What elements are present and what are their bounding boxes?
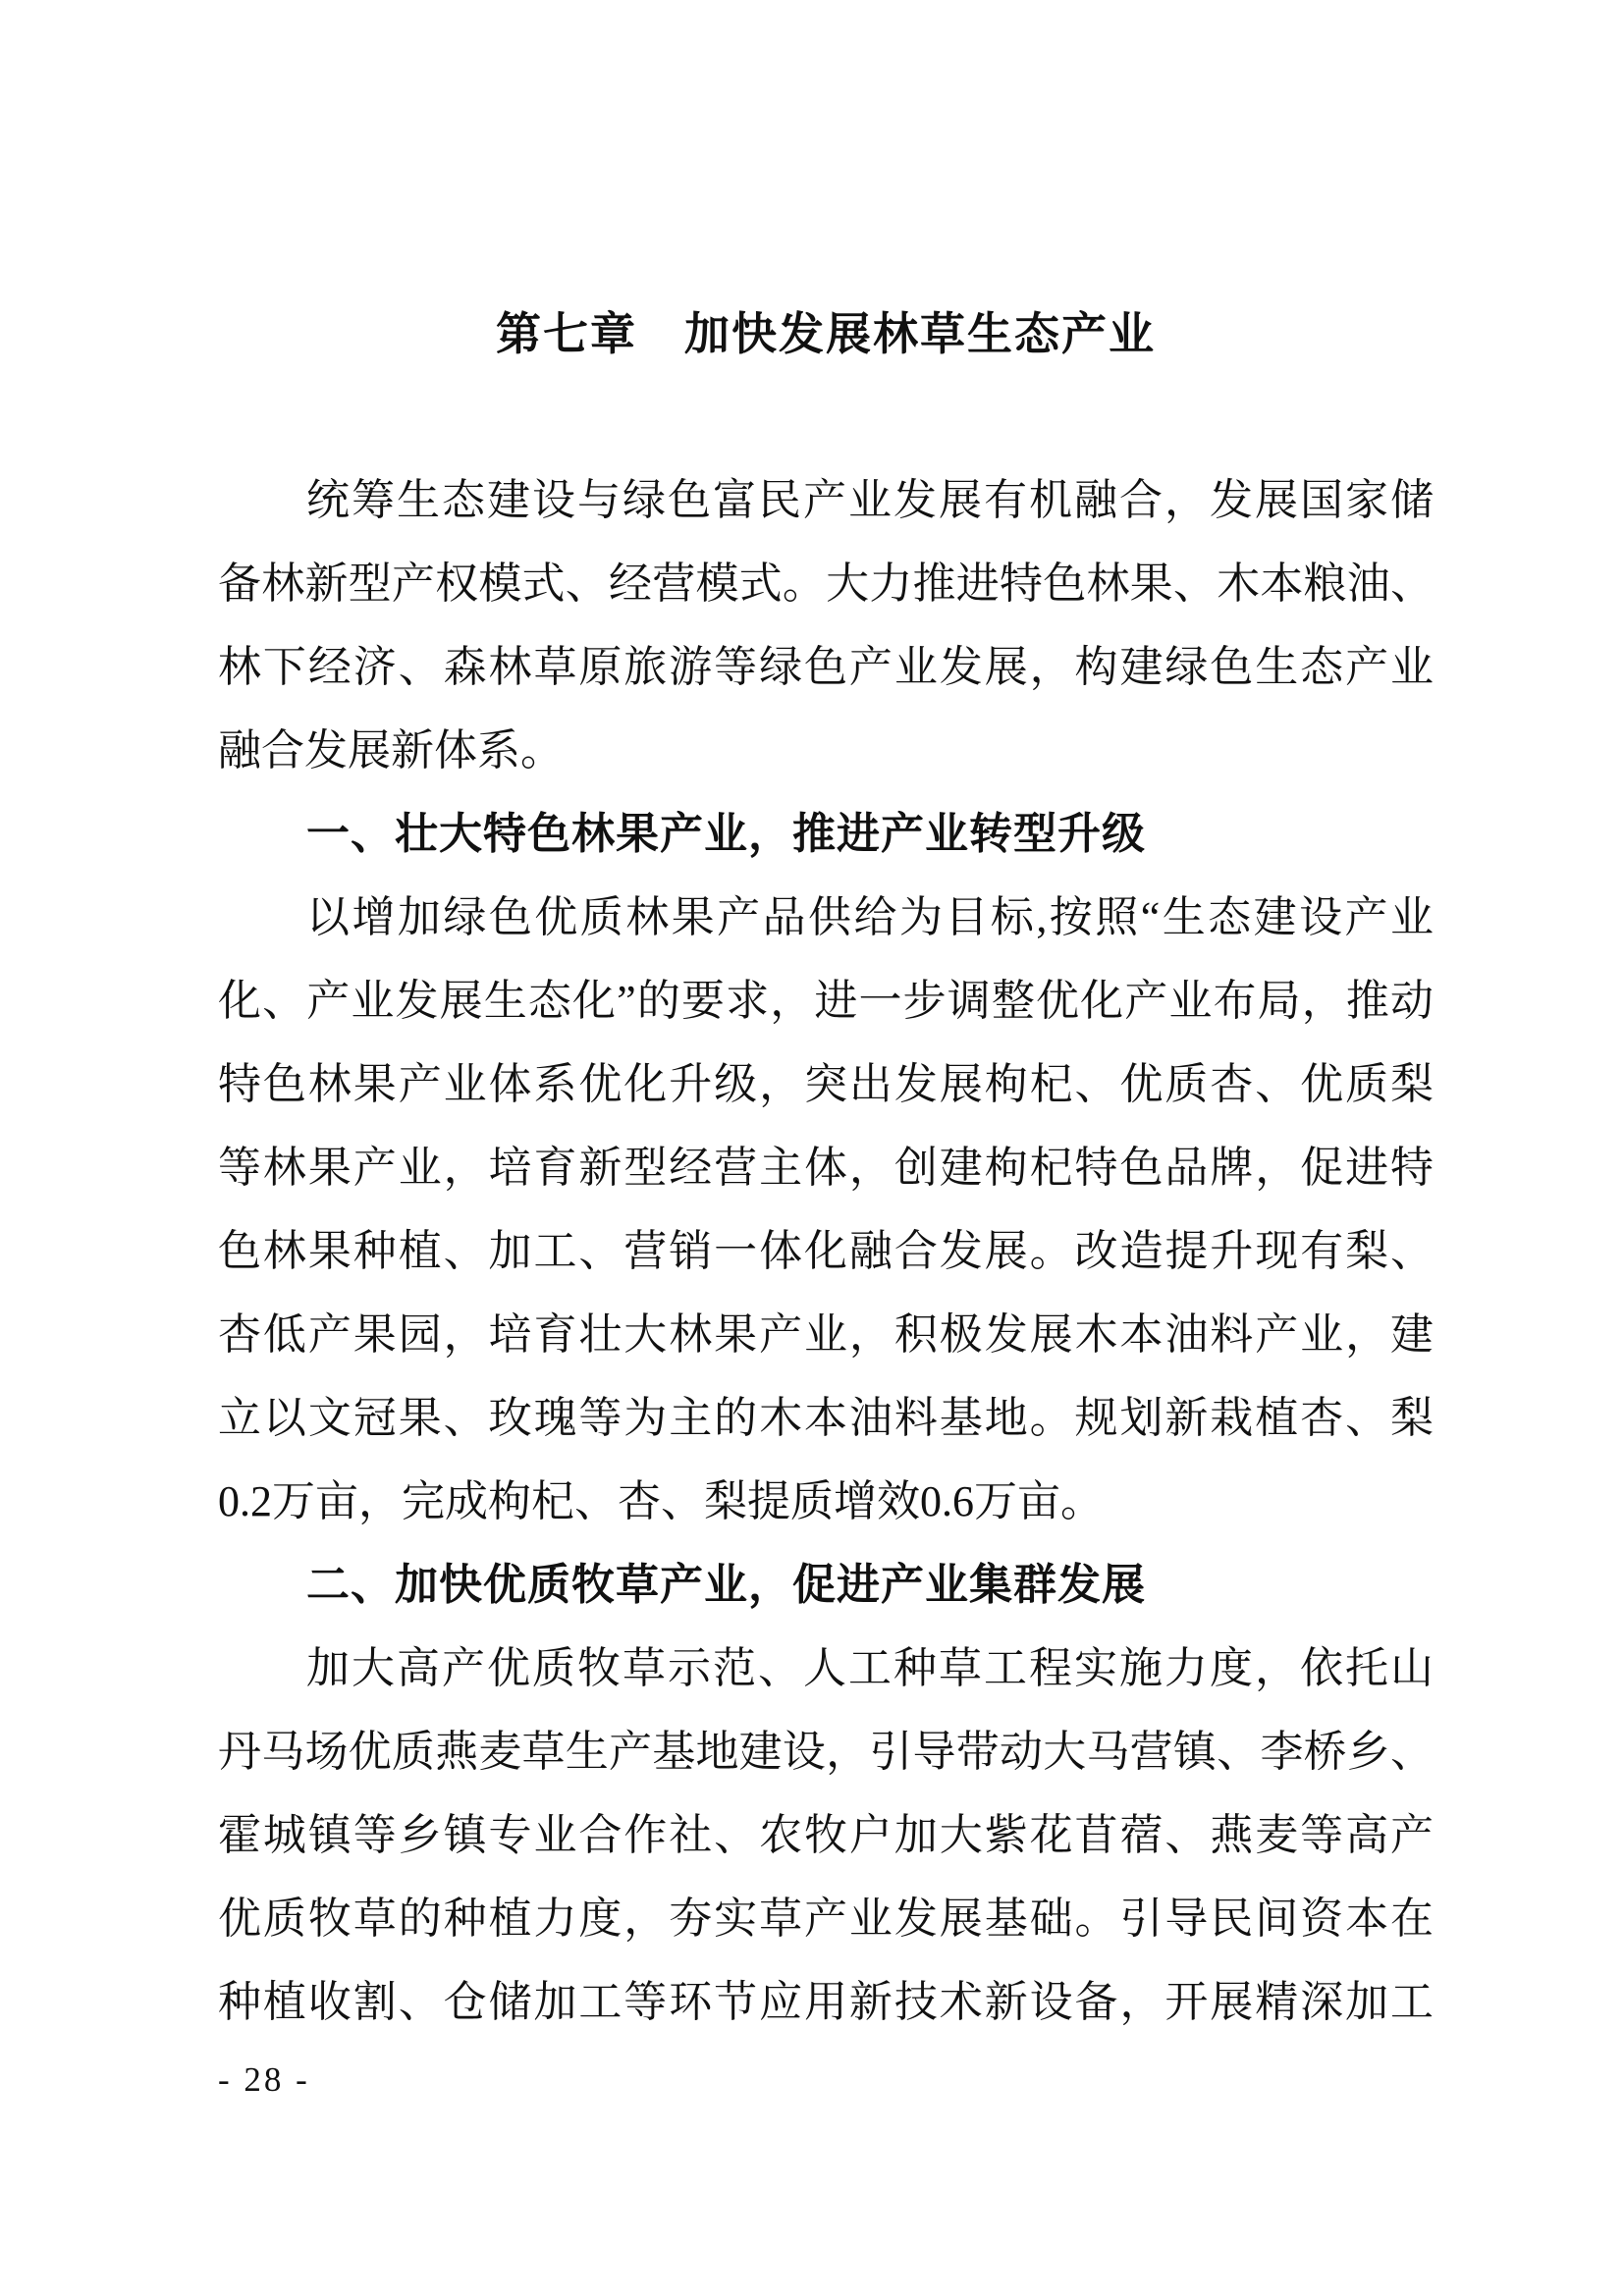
- body-line: 统筹生态建设与绿色富民产业发展有机融合，发展国家储: [218, 458, 1434, 542]
- section-heading-2: 二、加快优质牧草产业，促进产业集群发展: [218, 1543, 1434, 1627]
- chapter-title: 第七章 加快发展林草生态产业: [218, 293, 1434, 376]
- body-line: 优质牧草的种植力度，夯实草产业发展基础。引导民间资本在: [218, 1877, 1434, 1960]
- body-line: 0.2万亩，完成枸杞、杏、梨提质增效0.6万亩。: [218, 1460, 1434, 1543]
- page-number: - 28 -: [218, 2056, 310, 2105]
- body-line: 立以文冠果、玫瑰等为主的木本油料基地。规划新栽植杏、梨: [218, 1376, 1434, 1460]
- body-line: 加大高产优质牧草示范、人工种草工程实施力度，依托山: [218, 1627, 1434, 1710]
- body-line: 林下经济、森林草原旅游等绿色产业发展，构建绿色生态产业: [218, 625, 1434, 709]
- section-heading-1: 一、壮大特色林果产业，推进产业转型升级: [218, 792, 1434, 876]
- body-line: 色林果种植、加工、营销一体化融合发展。改造提升现有梨、: [218, 1209, 1434, 1293]
- body-line: 特色林果产业体系优化升级，突出发展枸杞、优质杏、优质梨: [218, 1042, 1434, 1126]
- body-line: 种植收割、仓储加工等环节应用新技术新设备，开展精深加工: [218, 1960, 1434, 2044]
- body-line: 杏低产果园，培育壮大林果产业，积极发展木本油料产业，建: [218, 1293, 1434, 1376]
- body-line: 丹马场优质燕麦草生产基地建设，引导带动大马营镇、李桥乡、: [218, 1710, 1434, 1793]
- body-line: 化、产业发展生态化”的要求，进一步调整优化产业布局，推动: [218, 959, 1434, 1042]
- body-line: 等林果产业，培育新型经营主体，创建枸杞特色品牌，促进特: [218, 1126, 1434, 1209]
- body-line: 融合发展新体系。: [218, 709, 1434, 792]
- text-column: 第七章 加快发展林草生态产业 统筹生态建设与绿色富民产业发展有机融合，发展国家储…: [218, 293, 1434, 2044]
- document-page: 第七章 加快发展林草生态产业 统筹生态建设与绿色富民产业发展有机融合，发展国家储…: [0, 0, 1624, 2296]
- body-line: 霍城镇等乡镇专业合作社、农牧户加大紫花苜蓿、燕麦等高产: [218, 1793, 1434, 1877]
- body-line: 以增加绿色优质林果产品供给为目标,按照“生态建设产业: [218, 876, 1434, 959]
- body-line: 备林新型产权模式、经营模式。大力推进特色林果、木本粮油、: [218, 542, 1434, 625]
